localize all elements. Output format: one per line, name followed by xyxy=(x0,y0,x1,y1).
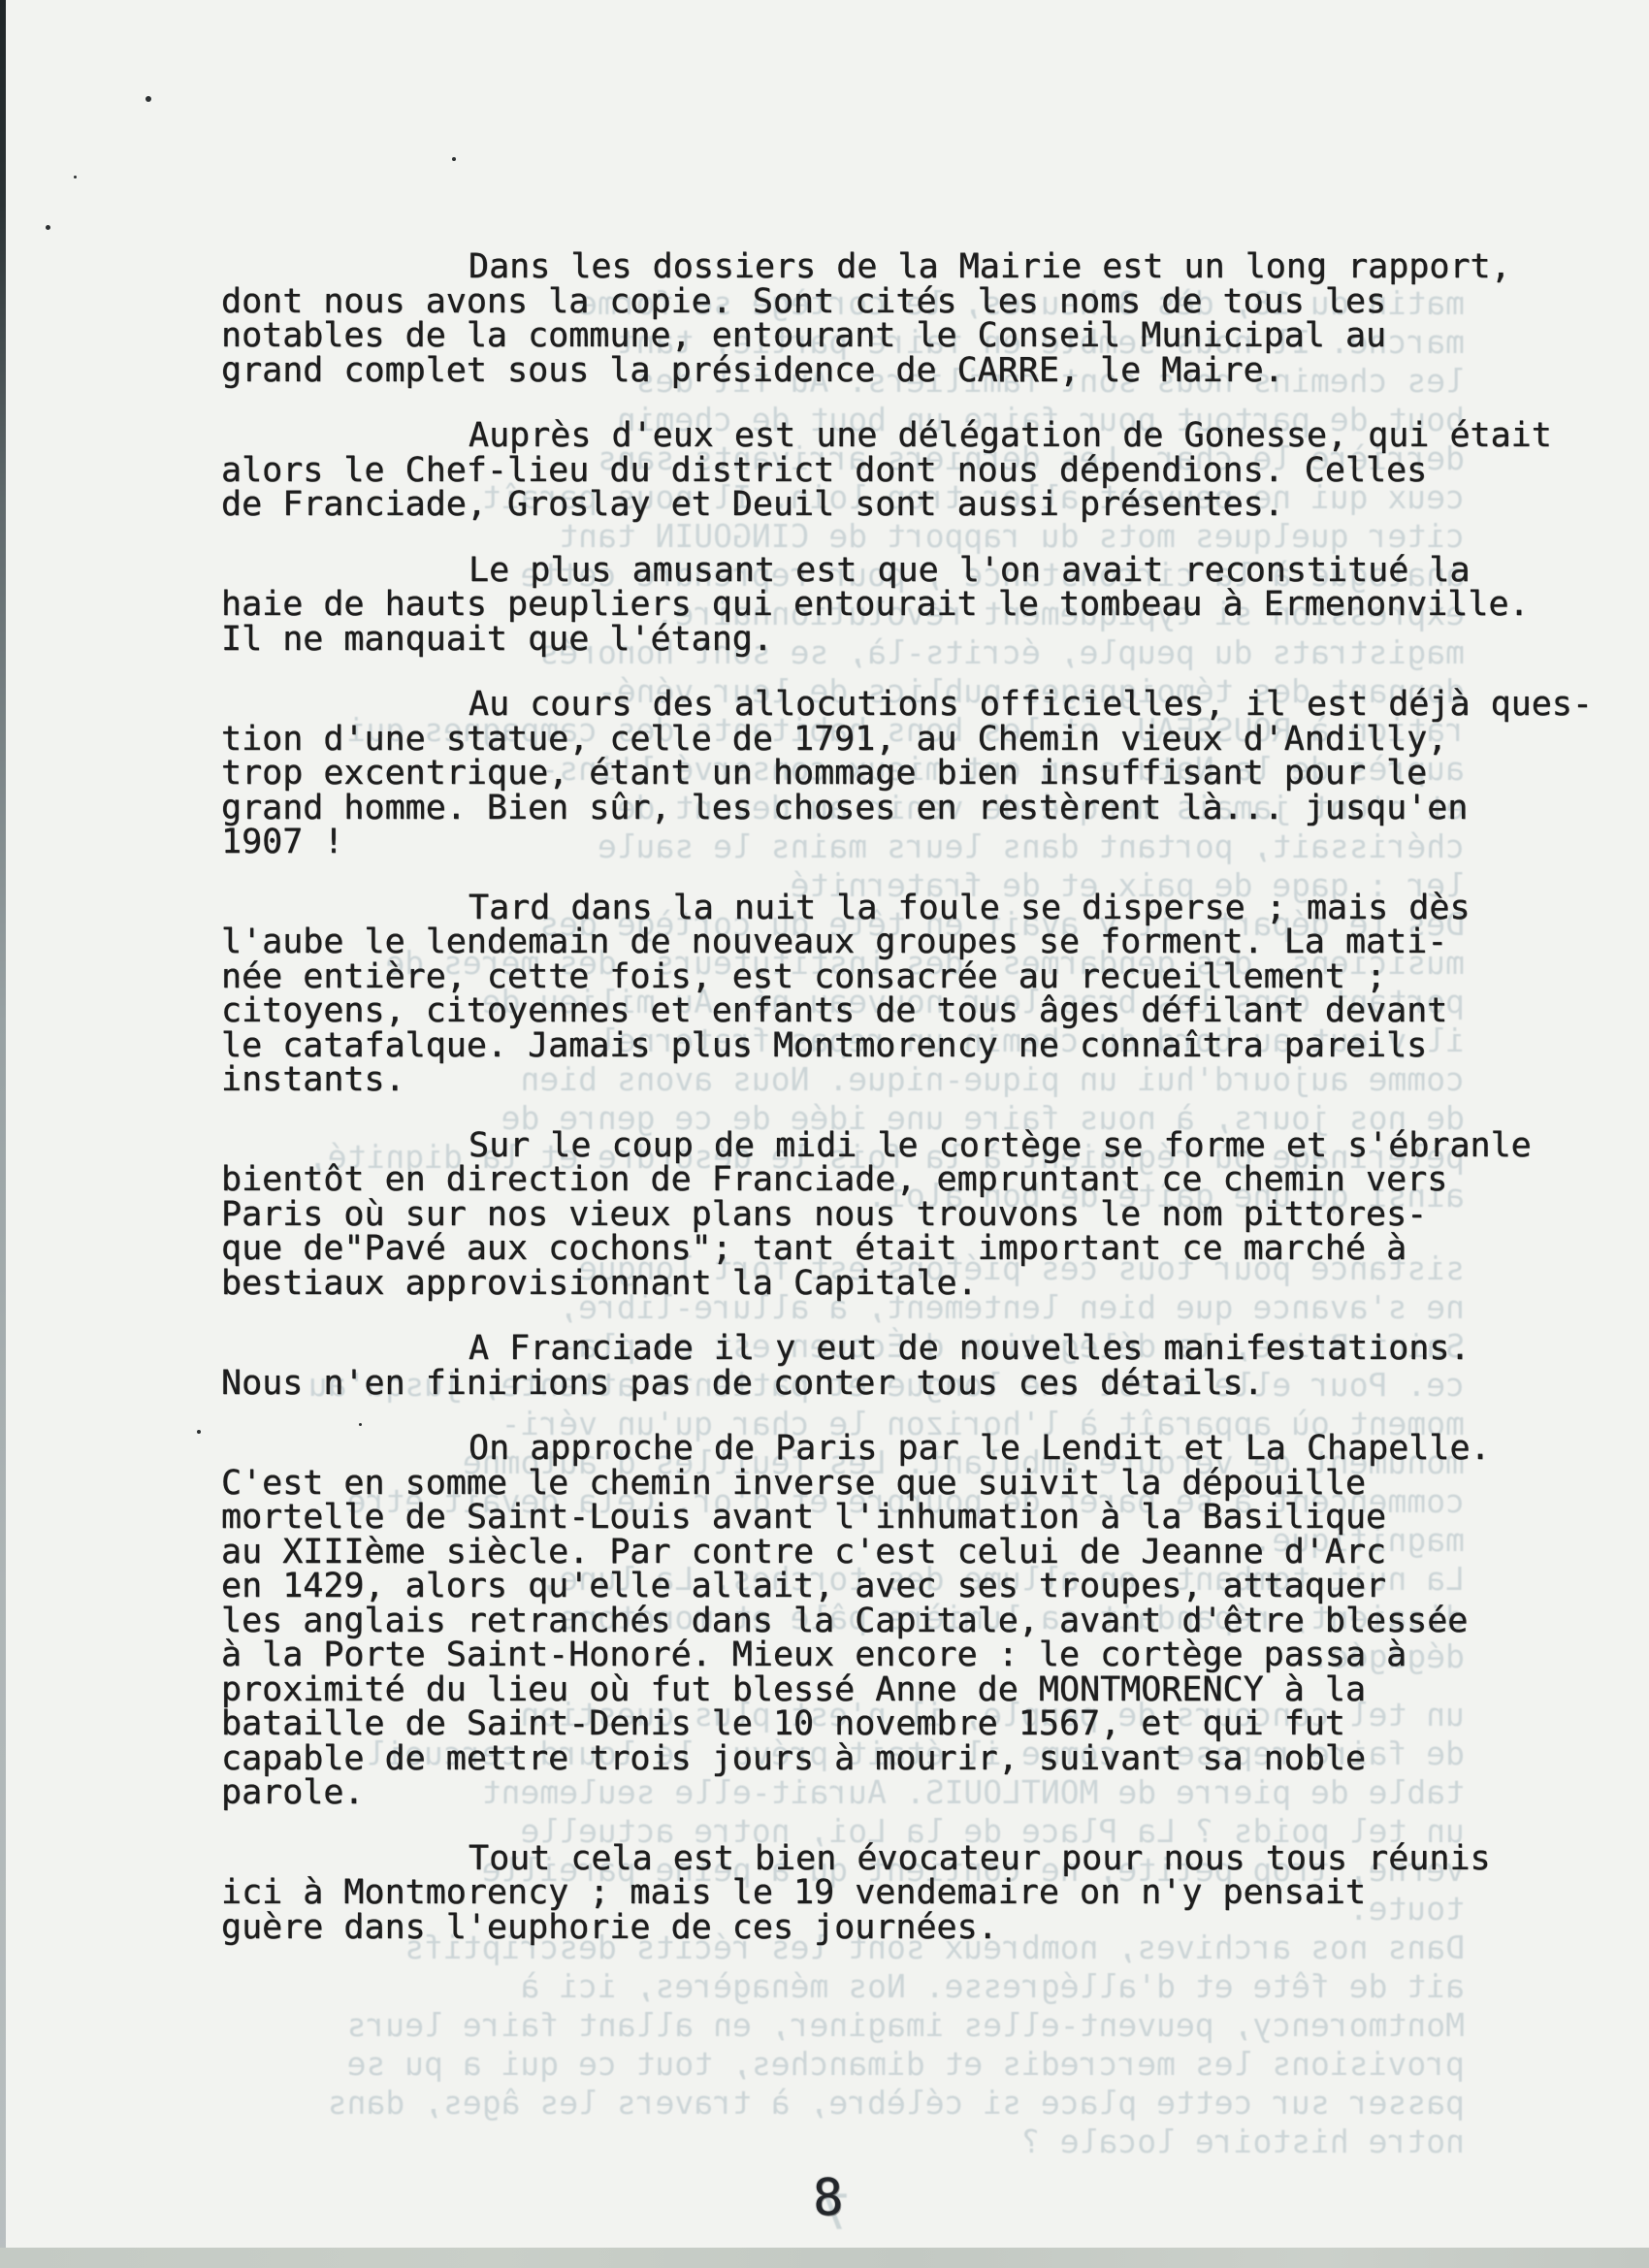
scanned-page: matin du 18, dès 8 heures, le cortège se… xyxy=(0,0,1649,2268)
paper-speck xyxy=(74,176,77,178)
paper-speck xyxy=(46,225,50,230)
paragraph: Tout cela est bien évocateur pour nous t… xyxy=(221,1842,1569,1946)
paragraph: A Franciade il y eut de nouvelles manife… xyxy=(221,1332,1569,1401)
paper-speck xyxy=(359,1423,362,1426)
paragraph: Auprès d'eux est une délégation de Gones… xyxy=(221,419,1569,523)
paper-speck xyxy=(145,96,151,102)
bleedthrough-line: notre histoire locale ? xyxy=(184,2124,1465,2159)
paragraph: Le plus amusant est que l'on avait recon… xyxy=(221,554,1569,658)
scan-artifact-left-edge xyxy=(0,0,6,2268)
bleedthrough-line: provisions les mercredis et dimanches, t… xyxy=(184,2047,1465,2082)
paper-speck xyxy=(197,1430,201,1434)
paragraph: Sur le coup de midi le cortège se forme … xyxy=(221,1129,1569,1302)
bleedthrough-line: passer sur cette place si célèbre, à tra… xyxy=(184,2086,1465,2121)
paragraph: On approche de Paris par le Lendit et La… xyxy=(221,1432,1569,1811)
typewritten-text-block: Dans les dossiers de la Mairie est un lo… xyxy=(221,250,1569,1976)
paragraph: Au cours des allocutions officielles, il… xyxy=(221,688,1569,860)
bleedthrough-line: Montmorency, peuvent-elles imaginer, en … xyxy=(184,2008,1465,2043)
paragraph: Tard dans la nuit la foule se disperse ;… xyxy=(221,891,1569,1098)
scan-artifact-bottom-band xyxy=(0,2248,1649,2268)
paragraph: Dans les dossiers de la Mairie est un lo… xyxy=(221,250,1569,388)
page-number: 8 xyxy=(812,2168,844,2227)
paper-speck xyxy=(452,157,456,161)
